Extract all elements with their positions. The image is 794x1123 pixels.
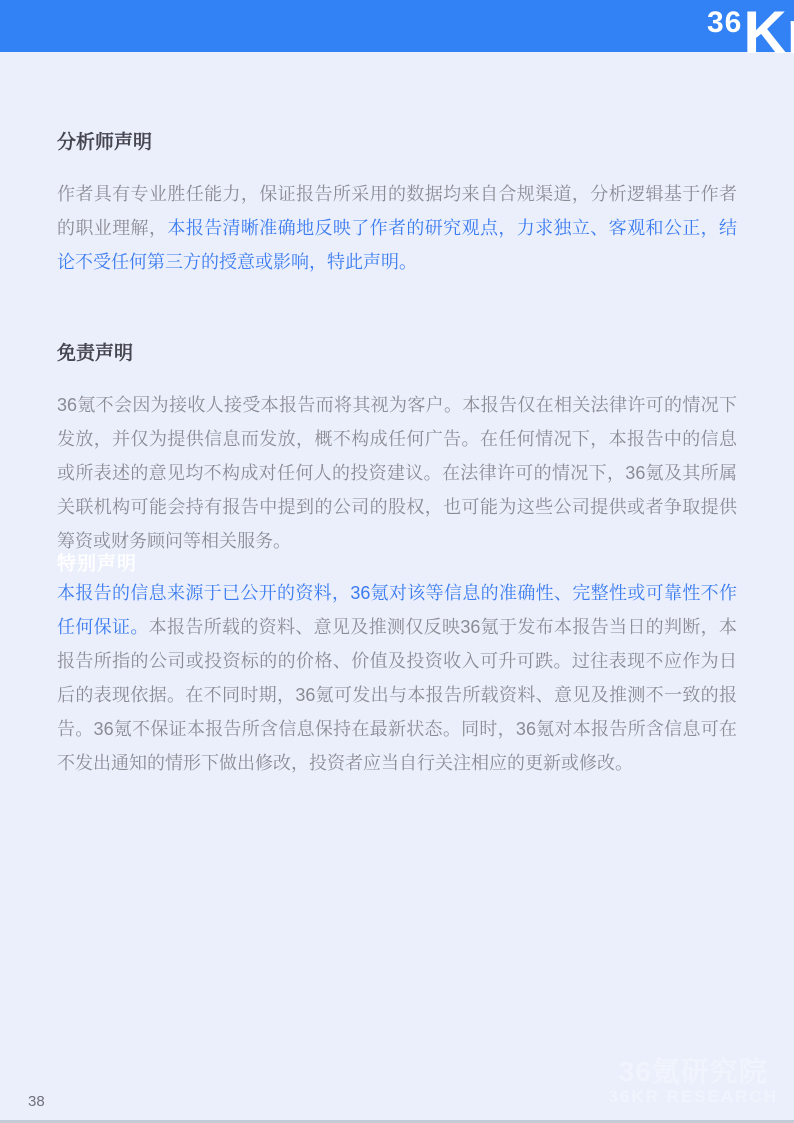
- disclaimer-paragraph-1: 36氪不会因为接收人接受本报告而将其视为客户。本报告仅在相关法律许可的情况下发放…: [57, 388, 737, 558]
- page-number: 38: [28, 1093, 45, 1110]
- document-body: 分析师声明 作者具有专业胜任能力，保证报告所采用的数据均来自合规渠道，分析逻辑基…: [57, 52, 737, 780]
- disclaimer-paragraph-2: 本报告的信息来源于已公开的资料，36氪对该等信息的准确性、完整性或可靠性不作任何…: [57, 576, 737, 780]
- watermark-english-text: 36KR RESEARCH: [608, 1087, 778, 1107]
- 36kr-logo: 36 Kr: [707, 5, 794, 60]
- disclaimer-paragraph-2-text-gray: 本报告所载的资料、意见及推测仅反映36氪于发布本报告当日的判断，本报告所指的公司…: [57, 617, 737, 773]
- disclaimer-heading: 免责声明: [57, 341, 737, 366]
- analyst-statement-paragraph: 作者具有专业胜任能力，保证报告所采用的数据均来自合规渠道，分析逻辑基于作者的职业…: [57, 177, 737, 279]
- watermark-chinese-text: 36氪研究院: [608, 1057, 778, 1087]
- logo-kr-text: Kr: [743, 5, 794, 60]
- analyst-statement-heading: 分析师声明: [57, 130, 737, 155]
- disclaimer-paragraph-1-text: 36氪不会因为接收人接受本报告而将其视为客户。本报告仅在相关法律许可的情况下发放…: [57, 395, 737, 551]
- header-bar: [0, 0, 794, 52]
- research-watermark: 36氪研究院 36KR RESEARCH: [608, 1057, 778, 1107]
- logo-36-text: 36: [707, 8, 742, 38]
